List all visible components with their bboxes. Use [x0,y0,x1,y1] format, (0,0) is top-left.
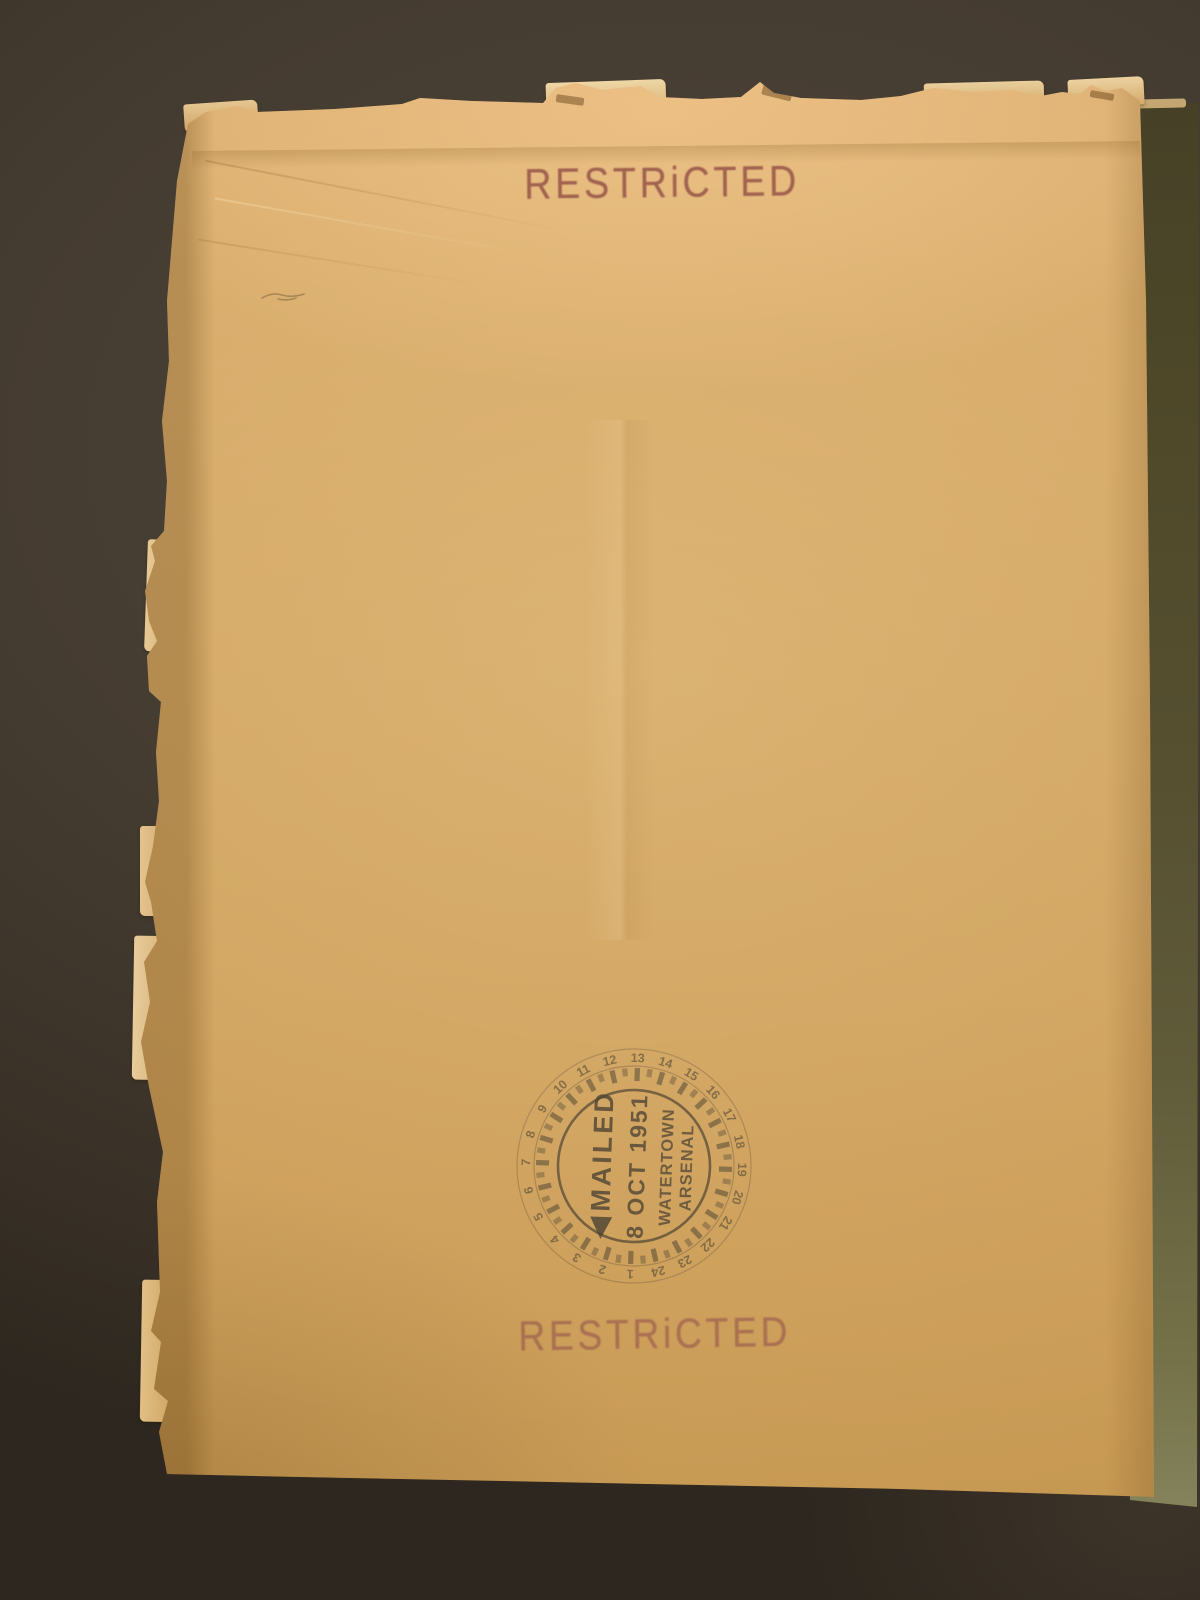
dial-number: 1 [626,1267,633,1281]
dial-tick [538,1183,552,1191]
dial-tick [651,1248,659,1262]
dial-tick [715,1188,729,1197]
stamp-location-line1: WATERTOWN [656,1108,678,1226]
dial-tick [565,1093,578,1106]
dial-tick [663,1249,671,1258]
stamp-location-line2: ARSENAL [676,1124,697,1211]
arrow-icon [589,1217,612,1240]
dial-number: 18 [731,1133,748,1150]
dial-tick [684,1238,693,1248]
dial-tick [546,1204,560,1215]
dial-tick [540,1135,554,1144]
crease-line [205,160,578,234]
dial-number: 6 [521,1185,536,1195]
dial-number: 7 [519,1158,533,1165]
dial-tick [622,1068,628,1076]
dial-tick [716,1141,730,1149]
dial-tick [706,1107,716,1116]
paper-sheen [585,420,655,940]
mailed-date-stamp: 123456789101112131415161718192021222324 … [506,1038,762,1294]
dial-number: 9 [535,1102,551,1115]
pencil-smudge [258,282,318,308]
dial-tick [570,1234,579,1243]
tear-shadow [761,85,793,102]
dial-tick [591,1247,599,1256]
dial-tick [541,1195,550,1203]
dial-number: 13 [631,1051,645,1065]
dial-tick [705,1209,719,1220]
restricted-stamp-bottom: RESTRiCTED [518,1309,791,1361]
dial-number: 12 [601,1052,618,1069]
dial-tick [536,1160,549,1166]
dial-tick [702,1221,711,1230]
dial-tick [719,1166,732,1172]
dial-tick [694,1097,707,1110]
dial-tick [557,1102,566,1111]
dial-tick [669,1076,677,1085]
stamp-text-group: MAILED 8 OCT 1951 WATERTOWN ARSENAL [584,1090,698,1242]
crease-line [214,197,539,256]
dial-number: 16 [703,1082,723,1102]
tear-shadow [1090,90,1115,101]
dial-tick [717,1129,726,1137]
dial-tick [672,1240,683,1254]
dial-number: 22 [698,1235,718,1255]
crease-line [198,239,495,288]
dial-tick [715,1201,724,1209]
dial-tick [690,1226,703,1239]
dial-number: 2 [597,1262,608,1277]
dial-tick [634,1068,640,1081]
restricted-stamp-top: RESTRiCTED [524,157,800,209]
dial-tick [603,1247,612,1261]
dial-tick [708,1118,722,1129]
dial-tick [550,1112,564,1123]
dial-tick [575,1085,584,1095]
dial-tick [597,1073,605,1082]
dial-tick [722,1178,731,1184]
dial-tick [537,1147,546,1153]
dial-number: 10 [550,1077,570,1097]
dial-tick [723,1154,731,1160]
dial-tick [536,1172,544,1178]
dial-number: 3 [570,1250,583,1266]
tear-shadow [556,94,585,106]
dial-tick [646,1069,652,1078]
dial-tick [609,1070,617,1084]
mailed-date: 8 OCT 1951 [621,1093,652,1239]
dial-tick [628,1251,634,1264]
photo-background: RESTRiCTED RESTRiCTED 123456789101112131… [0,0,1200,1600]
document-cover: RESTRiCTED RESTRiCTED 123456789101112131… [0,0,1200,1600]
dial-tick [561,1222,574,1235]
dial-tick [677,1082,688,1096]
dial-number: 5 [531,1210,547,1223]
dial-tick [544,1123,553,1131]
mailed-label: MAILED [585,1090,619,1212]
dial-tick [580,1237,591,1251]
dial-number: 8 [523,1129,538,1140]
dial-number: 4 [547,1232,562,1247]
dial-tick [656,1072,665,1086]
dial-tick [553,1216,563,1225]
dial-tick [640,1255,646,1263]
dial-number: 24 [650,1263,667,1280]
dial-tick [689,1089,698,1098]
dial-number: 19 [735,1163,749,1177]
dial-tick [615,1254,621,1263]
